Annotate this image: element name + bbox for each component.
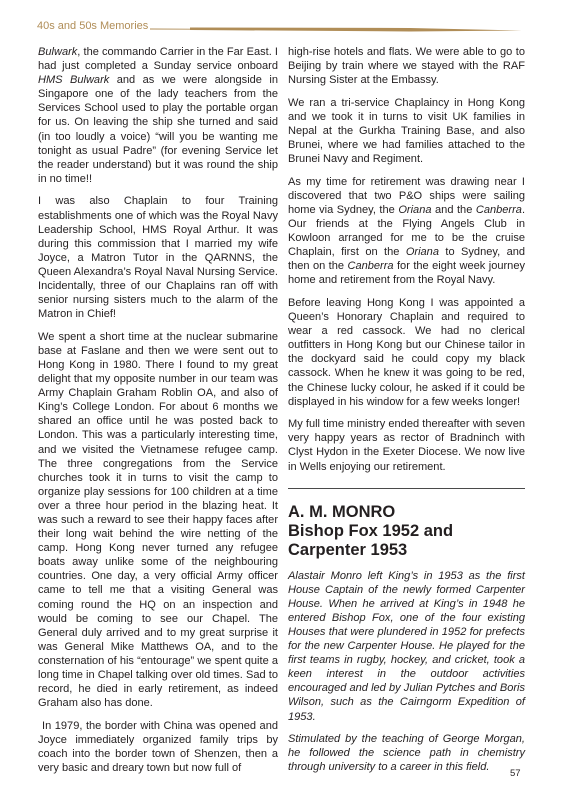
section-heading: A. M. MONRO Bishop Fox 1952 and Carpente… xyxy=(288,503,525,560)
section-heading-subtitle: Bishop Fox 1952 and Carpenter 1953 xyxy=(288,522,525,560)
ship-name: Oriana xyxy=(406,246,439,258)
running-header: 40s and 50s Memories xyxy=(37,20,566,40)
section-heading-name: A. M. MONRO xyxy=(288,503,525,522)
ship-name: Canberra xyxy=(476,204,522,216)
section-divider xyxy=(288,488,525,489)
paragraph: We ran a tri-service Chaplaincy in Hong … xyxy=(288,96,525,166)
left-column: Bulwark, the commando Carrier in the Far… xyxy=(38,45,278,784)
paragraph: Stimulated by the teaching of George Mor… xyxy=(288,732,525,774)
paragraph: Before leaving Hong Kong I was appointed… xyxy=(288,296,525,409)
paragraph: We spent a short time at the nuclear sub… xyxy=(38,330,278,711)
ship-name: Canberra xyxy=(347,260,393,272)
paragraph: high-rise hotels and flats. We were able… xyxy=(288,45,525,87)
paragraph: Bulwark, the commando Carrier in the Far… xyxy=(38,45,278,186)
paragraph: I was also Chaplain to four Training est… xyxy=(38,194,278,321)
paragraph: In 1979, the border with China was opene… xyxy=(38,719,278,775)
paragraph: Alastair Monro left King’s in 1953 as th… xyxy=(288,569,525,724)
ship-name: Bulwark xyxy=(38,46,77,58)
header-decorative-rule xyxy=(150,24,522,34)
paragraph-text: and as we were alongside in Singapore on… xyxy=(38,74,278,185)
ship-name: Oriana xyxy=(398,204,431,216)
ship-name: HMS Bulwark xyxy=(38,74,109,86)
header-title: 40s and 50s Memories xyxy=(37,20,148,32)
page-number: 57 xyxy=(510,768,521,779)
paragraph: As my time for retirement was drawing ne… xyxy=(288,175,525,288)
right-column: high-rise hotels and flats. We were able… xyxy=(288,45,525,783)
paragraph: My full time ministry ended thereafter w… xyxy=(288,417,525,473)
paragraph-text: and the xyxy=(432,204,476,216)
